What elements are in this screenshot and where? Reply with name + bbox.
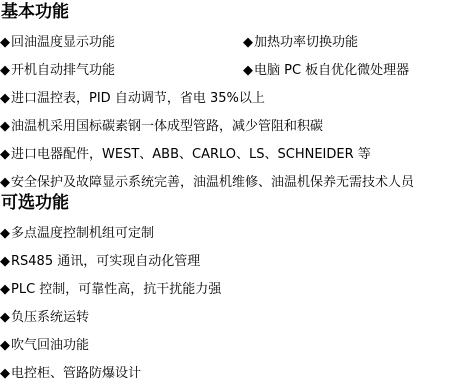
- feature-item: ◆负压系统运转: [0, 309, 89, 327]
- diamond-bullet-icon: ◆: [0, 174, 10, 192]
- feature-item: ◆加热功率切换功能: [243, 34, 358, 52]
- diamond-bullet-icon: ◆: [0, 309, 10, 327]
- diamond-bullet-icon: ◆: [0, 337, 10, 355]
- diamond-bullet-icon: ◆: [0, 281, 10, 299]
- diamond-bullet-icon: ◆: [0, 34, 10, 52]
- feature-item: ◆油温机采用国标碳素钢一体成型管路，减少管阻和积碳: [0, 118, 323, 136]
- feature-item: ◆PLC 控制，可靠性高，抗干扰能力强: [0, 281, 221, 299]
- feature-item: ◆RS485 通讯，可实现自动化管理: [0, 253, 200, 271]
- diamond-bullet-icon: ◆: [0, 146, 10, 164]
- feature-item: ◆电脑 PC 板自优化微处理器: [243, 62, 409, 80]
- feature-item: ◆回油温度显示功能: [0, 34, 115, 52]
- feature-item: ◆开机自动排气功能: [0, 62, 115, 80]
- feature-item: ◆电控柜、管路防爆设计: [0, 365, 141, 383]
- feature-item: ◆进口温控表，PID 自动调节，省电 35%以上: [0, 90, 265, 108]
- section-title-basic: 基本功能: [1, 1, 69, 23]
- feature-item: ◆安全保护及故障显示系统完善，油温机维修、油温机保养无需技术人员: [0, 174, 414, 192]
- diamond-bullet-icon: ◆: [0, 118, 10, 136]
- diamond-bullet-icon: ◆: [0, 253, 10, 271]
- diamond-bullet-icon: ◆: [0, 365, 10, 383]
- feature-item: ◆进口电器配件，WEST、ABB、CARLO、LS、SCHNEIDER 等: [0, 146, 371, 164]
- diamond-bullet-icon: ◆: [243, 34, 253, 52]
- feature-item: ◆吹气回油功能: [0, 337, 89, 355]
- diamond-bullet-icon: ◆: [243, 62, 253, 80]
- diamond-bullet-icon: ◆: [0, 225, 10, 243]
- diamond-bullet-icon: ◆: [0, 62, 10, 80]
- diamond-bullet-icon: ◆: [0, 90, 10, 108]
- feature-item: ◆多点温度控制机组可定制: [0, 225, 154, 243]
- section-title-optional: 可选功能: [1, 192, 69, 214]
